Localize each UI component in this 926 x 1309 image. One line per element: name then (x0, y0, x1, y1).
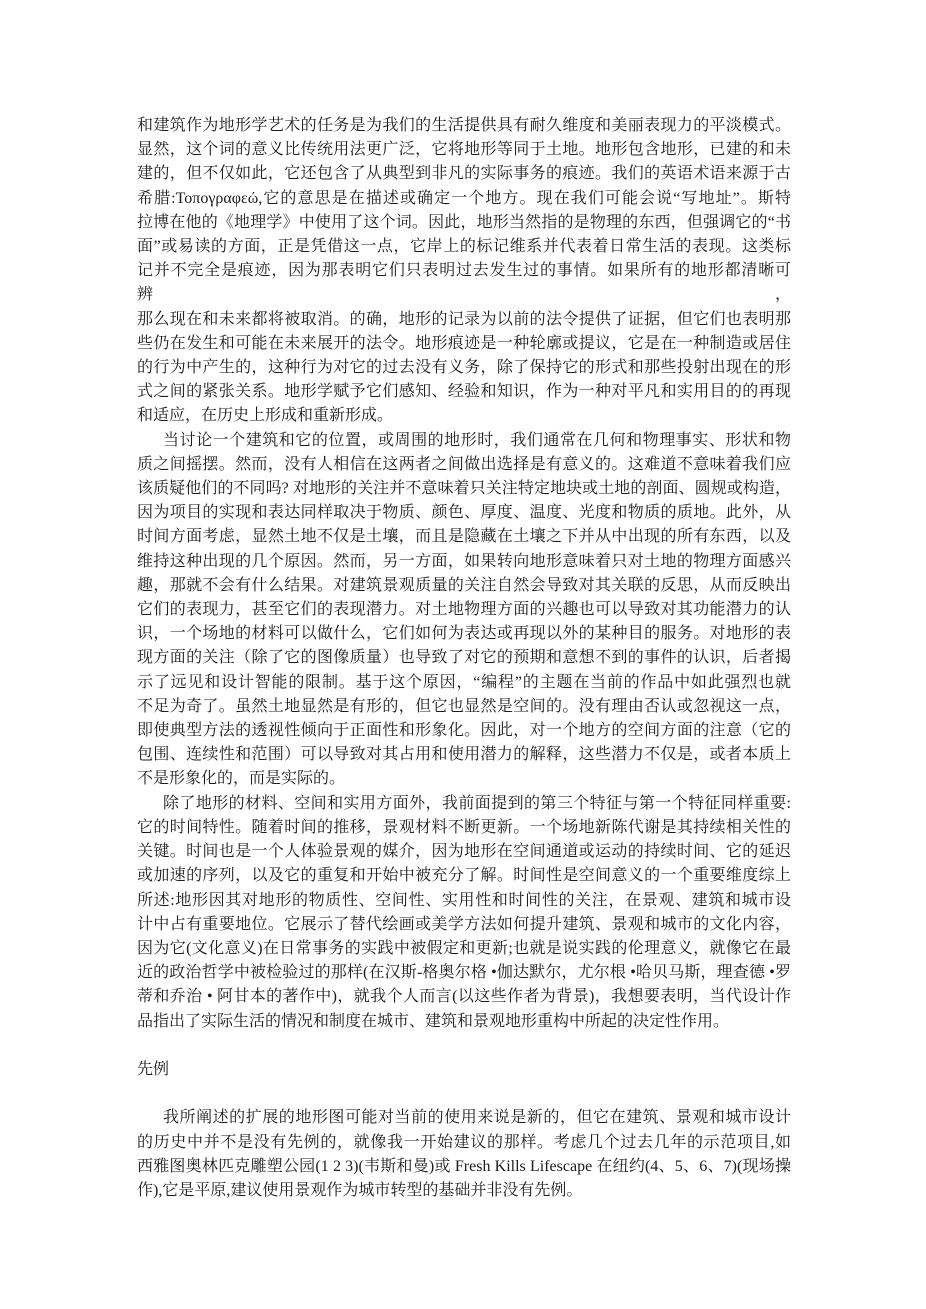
text-line: 那么现在和未来都将被取消。的确，地形的记录为以前的法令提供了证据，但它们也表明那 (137, 308, 791, 332)
document-page: 和建筑作为地形学艺术的任务是为我们的生活提供具有耐久维度和美丽表现力的平淡模式。… (0, 0, 926, 1309)
section-heading: 先例 (137, 1058, 791, 1082)
text-line: 关键。时间也是一个人体验景观的媒介，因为地形在空间通道或运动的持续时间、它的延迟 (137, 840, 791, 864)
text-line: 品指出了实际生活的情况和制度在城市、建筑和景观地形重构中所起的决定性作用。 (137, 1010, 791, 1034)
text-line: 所述:地形因其对地形的物质性、空间性、实用性和时间性的关注，在景观、建筑和城市设 (137, 889, 791, 913)
text-line: 拉博在他的《地理学》中使用了这个词。因此，地形当然指的是物理的东西，但强调它的“… (137, 211, 791, 235)
text-line: 显然，这个词的意义比传统用法更广泛，它将地形等同于土地。地形包含地形，已建的和未 (137, 138, 791, 162)
text-line: 蒂和乔治 • 阿甘本的著作中)，就我个人而言(以这些作者为背景)，我想要表明，当… (137, 985, 791, 1009)
text-line: 和适应，在历史上形成和重新形成。 (137, 404, 791, 428)
text-line: 包围、连续性和范围）可以导致对其占用和使用潜力的解释，这些潜力不仅是，或者本质上 (137, 743, 791, 767)
text-line: 因为项目的实现和表达同样取决于物质、颜色、厚度、温度、光度和物质的质地。此外，从 (137, 501, 791, 525)
text-line: 面”或易读的方面，正是凭借这一点，它岸上的标记维系并代表着日常生活的表现。这类标 (137, 235, 791, 259)
text-line: 该质疑他们的不同吗? 对地形的关注并不意味着只关注特定地块或土地的剖面、圆规或构… (137, 477, 791, 501)
text-line: 记并不完全是痕迹，因为那表明它们只表明过去发生过的事情。如果所有的地形都清晰可辨… (137, 259, 791, 307)
text-line: 识，一个场地的材料可以做什么，它们如何为表达或再现以外的某种目的服务。对地形的表 (137, 622, 791, 646)
text-line: 它们的表现力，甚至它们的表现潜力。对土地物理方面的兴趣也可以导致对其功能潜力的认 (137, 598, 791, 622)
text-line: 当讨论一个建筑和它的位置，或周围的地形时，我们通常在几何和物理事实、形状和物 (137, 429, 791, 453)
text-line: 和建筑作为地形学艺术的任务是为我们的生活提供具有耐久维度和美丽表现力的平淡模式。 (137, 114, 791, 138)
text-line: 些仍在发生和可能在未来展开的法令。地形痕迹是一种轮廓或提议，它是在一种制造或居住 (137, 332, 791, 356)
paragraph-spacer (137, 1082, 791, 1106)
text-line: 我所阐述的扩展的地形图可能对当前的使用来说是新的，但它在建筑、景观和城市设计 (137, 1106, 791, 1130)
text-line: 建的，但不仅如此，它还包含了从典型到非凡的实际事务的痕迹。我们的英语术语来源于古 (137, 162, 791, 186)
text-line: 现方面的关注（除了它的图像质量）也导致了对它的预期和意想不到的事件的认识，后者揭 (137, 646, 791, 670)
text-line: 维持这种出现的几个原因。然而，另一方面，如果转向地形意味着只对土地的物理方面感兴 (137, 550, 791, 574)
text-line: 希腊:Τοπογραφεώ,它的意思是在描述或确定一个地方。现在我们可能会说“写… (137, 187, 791, 211)
text-line: 因为它(文化意义)在日常事务的实践中被假定和更新;也就是说实践的伦理意义，就像它… (137, 937, 791, 961)
text-line: 质之间摇摆。然而，没有人相信在这两者之间做出选择是有意义的。这难道不意味着我们应 (137, 453, 791, 477)
document-text-block: 和建筑作为地形学艺术的任务是为我们的生活提供具有耐久维度和美丽表现力的平淡模式。… (137, 114, 791, 1203)
text-line: 或加速的序列，以及它的重复和开始中被充分了解。时间性是空间意义的一个重要维度综上 (137, 864, 791, 888)
text-line: 它的时间特性。随着时间的推移，景观材料不断更新。一个场地新陈代谢是其持续相关性的 (137, 816, 791, 840)
text-line: 的行为中产生的，这种行为对它的过去没有义务，除了保持它的形式和那些投射出现在的形 (137, 356, 791, 380)
text-line: 近的政治哲学中被检验过的那样(在汉斯-格奥尔格 •伽达默尔，尤尔根 •哈贝马斯，… (137, 961, 791, 985)
text-line: 不足为奇了。虽然土地显然是有形的，但它也显然是空间的。没有理由否认或忽视这一点， (137, 695, 791, 719)
text-line: 式之间的紧张关系。地形学赋予它们感知、经验和知识，作为一种对平凡和实用目的的再现 (137, 380, 791, 404)
text-line: 计中占有重要地位。它展示了替代绘画或美学方法如何提升建筑、景观和城市的文化内容， (137, 913, 791, 937)
text-line: 时间方面考虑，显然土地不仅是土壤，而且是隐藏在土壤之下并从中出现的所有东西，以及 (137, 525, 791, 549)
text-line: 西雅图奥林匹克雕塑公园(1 2 3)(韦斯和曼)或 Fresh Kills Li… (137, 1155, 791, 1179)
text-line: 示了远见和设计智能的限制。基于这个原因，“编程”的主题在当前的作品中如此强烈也就 (137, 671, 791, 695)
text-line: 作),它是平原,建议使用景观作为城市转型的基础并非没有先例。 (137, 1179, 791, 1203)
text-line: 即使典型方法的透视性倾向于正面性和形象化。因此，对一个地方的空间方面的注意（它的 (137, 719, 791, 743)
text-line: 除了地形的材料、空间和实用方面外，我前面提到的第三个特征与第一个特征同样重要: (137, 792, 791, 816)
text-line: 趣，那就不会有什么结果。对建筑景观质量的关注自然会导致对其关联的反思，从而反映出 (137, 574, 791, 598)
text-line: 不是形象化的，而是实际的。 (137, 767, 791, 791)
text-line: 的历史中并不是没有先例的，就像我一开始建议的那样。考虑几个过去几年的示范项目,如 (137, 1131, 791, 1155)
paragraph-spacer (137, 1034, 791, 1058)
